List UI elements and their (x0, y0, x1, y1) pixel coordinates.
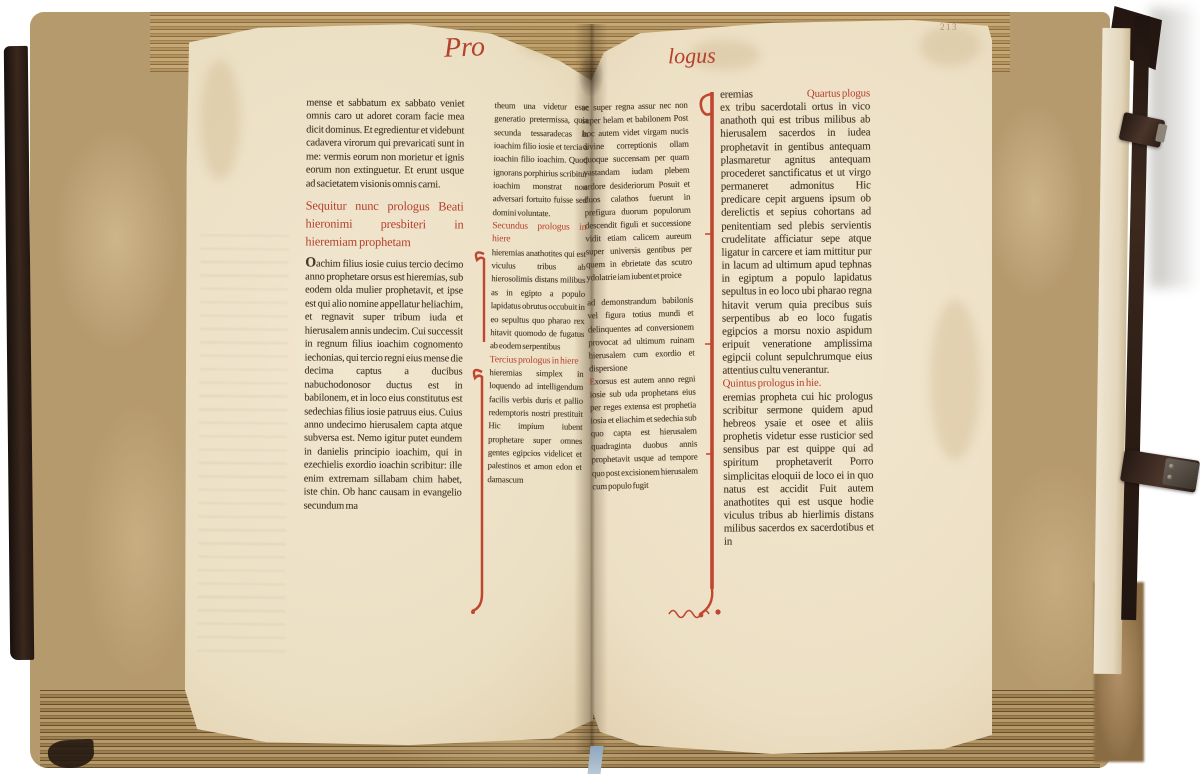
footband (588, 746, 604, 774)
flourished-initial-icon (468, 364, 490, 616)
body-text: eremiasQuartus plogus (720, 87, 870, 101)
body-text: ex tribu sacerdotali ortus in vico anath… (720, 101, 872, 379)
right-page-column-1: ac super regna assur nec non super helam… (582, 99, 699, 494)
body-text: eremias (720, 88, 753, 101)
parchment-stain (920, 26, 980, 66)
gutter-top-shadow (578, 52, 604, 98)
show-through-text (197, 228, 289, 653)
left-page-column-2: theum una videtur esse generatio preterm… (487, 99, 588, 488)
manuscript-photo: { "colors":{"ink":"#453a2b","red":"#b540… (0, 0, 1200, 782)
body-text: eremias propheta cui hic prologus scribi… (723, 390, 874, 549)
body-text: theum una videtur esse generatio preterm… (492, 99, 588, 221)
running-title-right: logus (668, 43, 716, 70)
body-text: Oachim filius iosie cuius tercio decimo … (304, 256, 464, 514)
rubric-heading: Quintus prologus in hie. (723, 377, 873, 391)
rubric-heading: Secundus prologus in hiere (492, 219, 586, 247)
running-title-left: Pro (443, 31, 485, 64)
right-page-column-2: eremiasQuartus plogusex tribu sacerdotal… (720, 87, 874, 549)
clasp-rivet-icon (1167, 474, 1173, 480)
parchment-stain (520, 30, 580, 56)
body-text: Exorsus est autem anno regni iosie sub u… (589, 372, 698, 493)
body-text: hieremias anathotites qui est viculus tr… (490, 246, 586, 355)
line-filler-flourish-icon (666, 605, 724, 619)
rubric-heading: Sequitur nunc prologus Beati hieronimi p… (305, 198, 463, 252)
clasp-rivet-icon (1169, 463, 1175, 469)
parchment-stain (930, 300, 980, 460)
body-text: hieremias simplex in loquendo ad intelli… (487, 366, 583, 488)
body-text: ad demonstrandum babilonis vel figura to… (587, 294, 695, 375)
body-text: mense et sabbatum ex sabbato veniet omni… (306, 96, 465, 191)
flourished-initial-icon (471, 248, 491, 348)
rubric-heading: Quartus plogus (807, 87, 870, 101)
body-text: ac super regna assur nec non super helam… (582, 99, 693, 285)
parchment-stain (200, 60, 240, 180)
left-page-column-1: mense et sabbatum ex sabbato veniet omni… (304, 96, 465, 513)
folio-number: 213 (940, 22, 958, 32)
